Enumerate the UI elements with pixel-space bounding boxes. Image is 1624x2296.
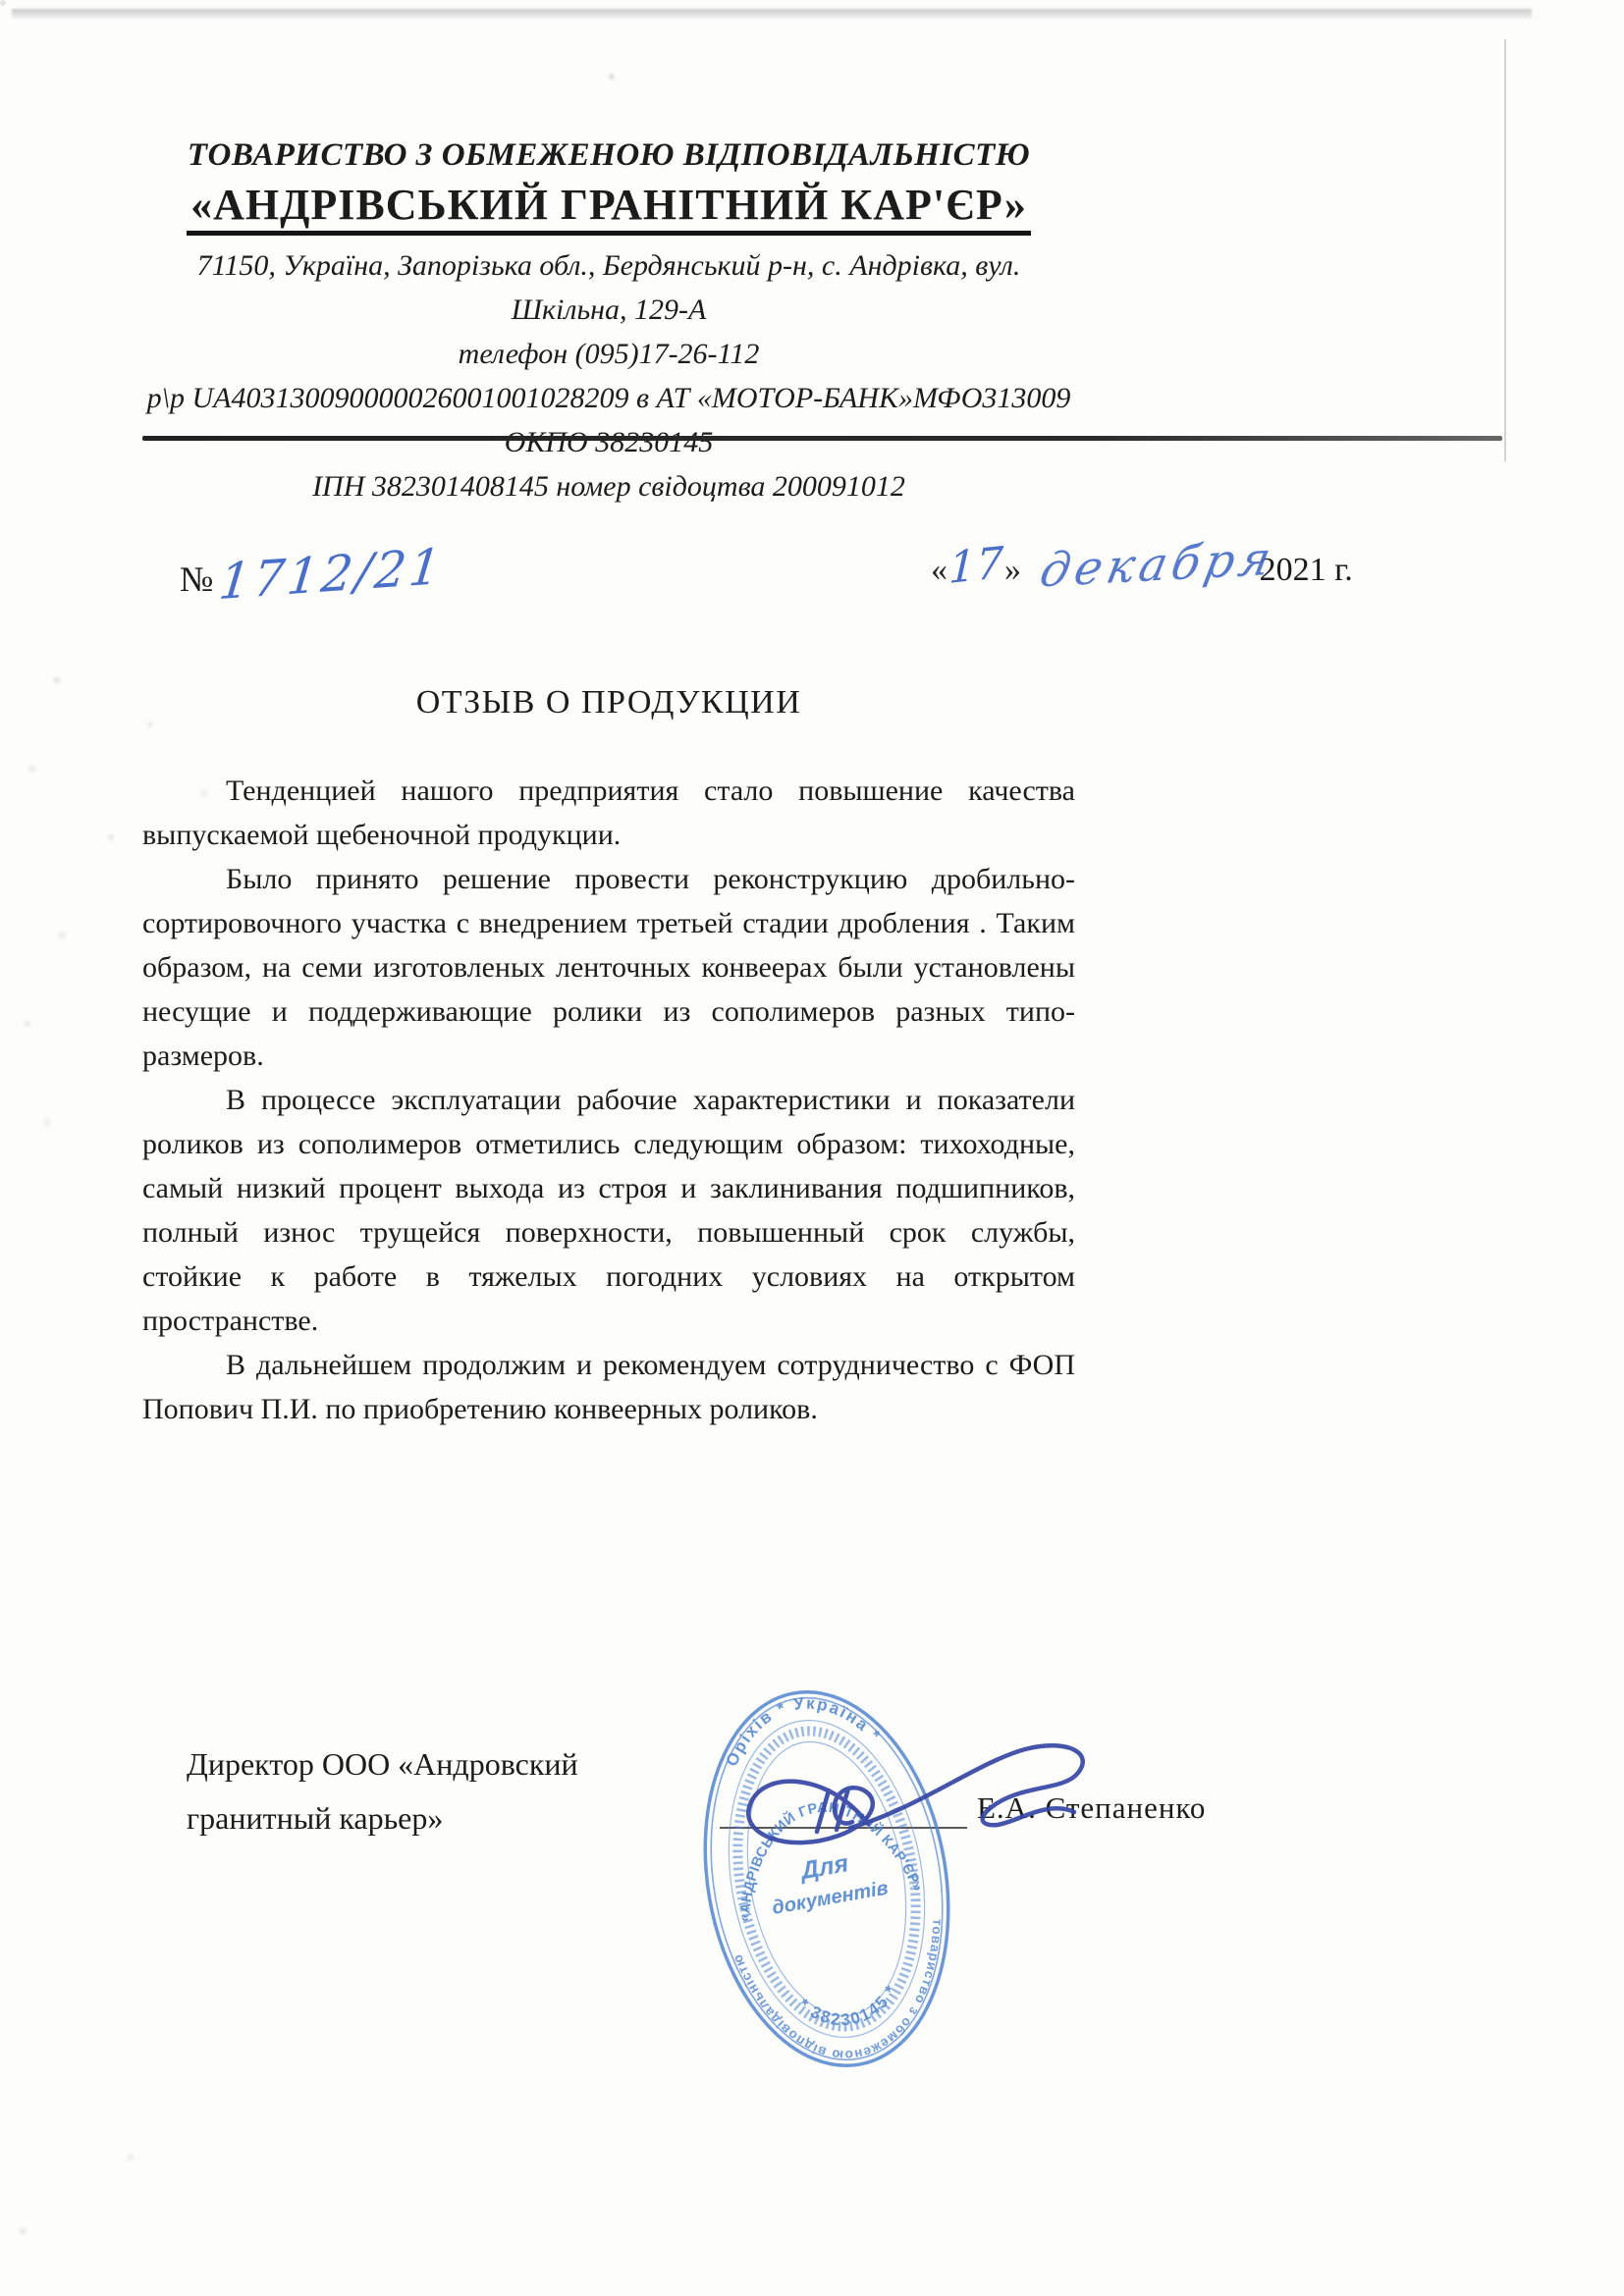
- date-quote-close: »: [1004, 552, 1021, 588]
- date-month-handwritten: декабря: [1036, 531, 1280, 598]
- org-ipn: ІПН 382301408145 номер свідоцтва 2000910…: [142, 464, 1075, 508]
- scan-artifact-top-band: [12, 9, 1532, 20]
- org-okpo: ОКПО 38230145: [142, 420, 1075, 464]
- signer-position-line2: гранитный карьер»: [187, 1791, 578, 1845]
- org-phone: телефон (095)17-26-112: [142, 332, 1075, 376]
- stamp-graphic: Оріхів * Україна * товариство з обмежено…: [667, 1663, 987, 2094]
- company-stamp: Оріхів * Україна * товариство з обмежено…: [667, 1663, 987, 2094]
- org-name: «АНДРІВСЬКИЙ ГРАНІТНИЙ КАР'ЄР»: [187, 178, 1031, 236]
- paragraph-3: В процессе эксплуатации рабочие характер…: [142, 1078, 1075, 1343]
- scanned-letter-page: ТОВАРИСТВО З ОБМЕЖЕНОЮ ВІДПОВІДАЛЬНІСТЮ …: [0, 0, 1624, 2296]
- paragraph-4: В дальнейшем продолжим и рекомендуем сот…: [142, 1343, 1075, 1431]
- signature-flourish-stroke: [850, 1745, 1083, 1828]
- scan-artifact-speckles: [0, 0, 6, 6]
- paragraph-2: Было принято решение провести реконструк…: [142, 857, 1075, 1078]
- number-handwritten-value: 1712/21: [217, 538, 447, 612]
- signer-position: Директор ООО «Андровский гранитный карье…: [187, 1737, 578, 1845]
- document-date: «17»декабря2021 г.: [931, 538, 1353, 592]
- signer-position-line1: Директор ООО «Андровский: [187, 1737, 578, 1791]
- org-type-line: ТОВАРИСТВО З ОБМЕЖЕНОЮ ВІДПОВІДАЛЬНІСТЮ: [142, 137, 1075, 174]
- handwritten-signature: [713, 1730, 1135, 1857]
- stamp-center-line2: документів: [771, 1877, 891, 1918]
- letterhead: ТОВАРИСТВО З ОБМЕЖЕНОЮ ВІДПОВІДАЛЬНІСТЮ …: [142, 137, 1075, 508]
- document-number: №1712/21: [180, 546, 444, 603]
- date-day-handwritten: 17: [947, 538, 1003, 594]
- paragraph-1: Тенденцией нашого предприятия стало повы…: [142, 769, 1075, 857]
- document-body: Тенденцией нашого предприятия стало повы…: [142, 769, 1075, 1431]
- document-title: ОТЗЫВ О ПРОДУКЦИИ: [142, 684, 1075, 721]
- signature-loop-stroke: [748, 1782, 873, 1842]
- org-address: 71150, Україна, Запорізька обл., Бердянс…: [142, 243, 1075, 332]
- scan-artifact-right-edge: [1504, 39, 1506, 461]
- header-divider: [142, 436, 1502, 441]
- number-label: №: [180, 560, 213, 599]
- org-bank-account: р\р UA403130090000026001001028209 в АТ «…: [142, 376, 1075, 420]
- date-quote-open: «: [931, 552, 947, 588]
